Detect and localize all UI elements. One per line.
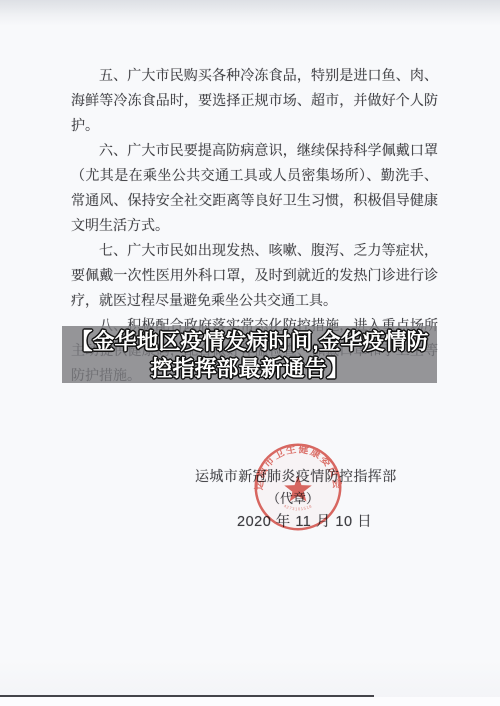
overlay-caption-band: 【金华地区疫情发病时间,金华疫情防 控指挥部最新通告】: [62, 326, 437, 383]
scanned-document-page: 五、广大市民购买各种冷冻食品，特别是进口鱼、肉、海鲜等冷冻食品时，要选择正规市场…: [0, 0, 500, 706]
doc-paragraph-7: 七、广大市民如出现发热、咳嗽、腹泻、乏力等症状，要佩戴一次性医用外科口罩，及时到…: [71, 238, 438, 313]
overlay-title-line-1: 【金华地区疫情发病时间,金华疫情防: [70, 328, 428, 355]
official-seal-stamp: 运城市卫生健康委员会 4273101518: [250, 439, 346, 535]
overlay-title-line-2: 控指挥部最新通告】: [150, 355, 348, 382]
page-bottom-margin: [0, 697, 500, 706]
scan-shading: [0, 0, 500, 26]
doc-paragraph-5: 五、广大市民购买各种冷冻食品，特别是进口鱼、肉、海鲜等冷冻食品时，要选择正规市场…: [71, 63, 438, 138]
doc-paragraph-6: 六、广大市民要提高防病意识，继续保持科学佩戴口罩（尤其是在乘坐公共交通工具或人员…: [71, 138, 438, 238]
